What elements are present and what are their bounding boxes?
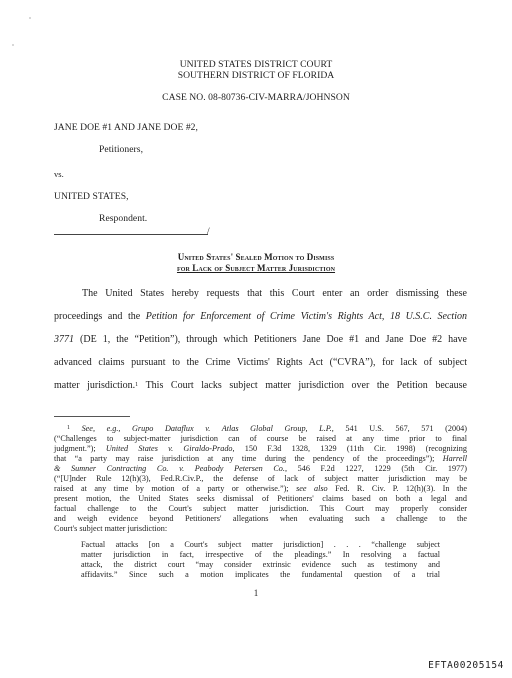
footnote-text: Fed. R. Civ. P. 12(h)(3). In the [328,484,467,493]
footnote-text: , 546 F.2d 1227, 1229 (5th Cir. 1977) [285,464,467,473]
block-quote-line: matter jurisdiction in fact, irrespectiv… [81,550,440,560]
footnote-line: Court's subject matter jurisdiction: [54,524,467,534]
statute-section: 3771 [54,334,74,345]
footnote-text: (“Challenges to subject-matter jurisdict… [54,434,467,443]
body-text: proceedings and the [54,311,146,322]
footnote-text: (“[U]nder Rule 12(h)(3), Fed.R.Civ.P., t… [54,474,467,483]
bates-stamp: EFTA00205154 [428,660,504,671]
case-citation: Harrell [443,454,467,463]
body-text: The United States hereby requests that t… [82,288,467,299]
footnote-text: , 541 U.S. 567, 571 (2004) [332,424,467,433]
body-line: proceedings and the Petition for Enforce… [54,311,467,323]
quote-text: attack, the district court “may consider… [81,560,440,569]
body-text: matter jurisdiction. [54,380,135,391]
footnote-line: and weigh evidence beyond Petitioners' a… [54,514,467,524]
body-text: (DE 1, the “Petition”), through which Pe… [74,334,467,345]
versus: vs. [54,168,64,180]
case-citation: & Sumner Contracting Co. v. Peabody Pete… [54,464,285,473]
block-quote-line: Factual attacks [on a Court's subject ma… [81,540,440,550]
petition-title: Petition for Enforcement of Crime Victim… [146,311,467,322]
respondent-label: Respondent. [99,213,147,225]
body-text: advanced claims pursuant to the Crime Vi… [54,357,467,368]
footnote-line: & Sumner Contracting Co. v. Peabody Pete… [54,464,467,474]
body-line: advanced claims pursuant to the Crime Vi… [54,357,467,369]
footnote-line: present motion, the United States seeks … [54,494,467,504]
footnote-text: raised at any time by motion of a party … [54,484,296,493]
case-citation: See, e.g., Grupo Dataflux v. Atlas Globa… [70,424,332,433]
footnote-line: (“Challenges to subject-matter jurisdict… [54,434,467,444]
signal: see also [296,484,328,493]
footnote-text: Court's subject matter jurisdiction: [54,524,167,533]
motion-title: United States' Sealed Motion to Dismiss … [0,252,512,274]
block-quote-line: attack, the district court “may consider… [81,560,440,570]
body-line: matter jurisdiction.1 This Court lacks s… [54,380,467,392]
court-district: SOUTHERN DISTRICT OF FLORIDA [0,70,512,82]
footnote-text: present motion, the United States seeks … [54,494,467,503]
footnote-line: raised at any time by motion of a party … [54,484,467,494]
block-quote-line: affidavits.” Since such a motion implica… [81,570,440,580]
body-line: The United States hereby requests that t… [54,288,467,300]
caption-slash: / [207,226,210,238]
footnote-marker: 1 [67,425,70,431]
respondent-name: UNITED STATES, [54,191,129,203]
case-citation: United States v. Giraldo-Prado [106,444,233,453]
footnote-text: factual challenge to the Court's subject… [54,504,467,513]
scan-speck [12,44,14,46]
footnote-separator [54,416,130,417]
body-line: 3771 (DE 1, the “Petition”), through whi… [54,334,467,346]
caption-rule [54,234,208,235]
scan-speck [29,17,31,19]
motion-title-line1: United States' Sealed Motion to Dismiss [0,252,512,263]
petitioners-names: JANE DOE #1 AND JANE DOE #2, [54,122,198,134]
page-number: 1 [0,588,512,598]
footnote-line: factual challenge to the Court's subject… [54,504,467,514]
quote-text: matter jurisdiction in fact, irrespectiv… [81,550,440,559]
case-number: CASE NO. 08-80736-CIV-MARRA/JOHNSON [0,92,512,104]
quote-text: Factual attacks [on a Court's subject ma… [81,540,440,549]
quote-text: affidavits.” Since such a motion implica… [81,570,440,579]
footnote-text: , 150 F.3d 1328, 1329 (11th Cir. 1998) (… [233,444,467,453]
body-text: This Court lacks subject matter jurisdic… [138,380,467,391]
footnote-line: (“[U]nder Rule 12(h)(3), Fed.R.Civ.P., t… [54,474,467,484]
motion-title-line2: for Lack of Subject Matter Jurisdiction [0,263,512,274]
footnote-text: that “a party may raise jurisdiction at … [54,454,443,463]
footnote-line: 1 See, e.g., Grupo Dataflux v. Atlas Glo… [54,424,467,434]
footnote-text: and weigh evidence beyond Petitioners' a… [54,514,467,523]
footnote-text: judgment.”); [54,444,106,453]
footnote-line: judgment.”); United States v. Giraldo-Pr… [54,444,467,454]
footnote-line: that “a party may raise jurisdiction at … [54,454,467,464]
footnote-ref[interactable]: 1 [135,382,138,388]
petitioners-label: Petitioners, [99,144,143,156]
